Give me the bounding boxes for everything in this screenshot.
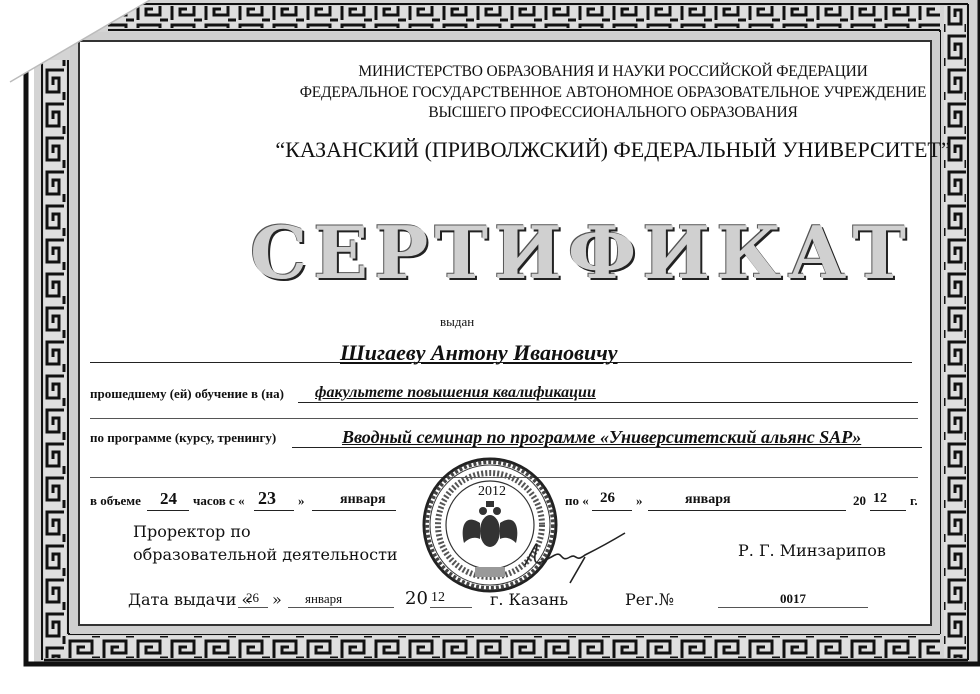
year-unit: г. [910, 493, 918, 509]
certificate-page: МИНИСТЕРСТВО ОБРАЗОВАНИЯ И НАУКИ РОССИЙС… [0, 0, 980, 694]
issue-month-value: января [305, 591, 342, 607]
from-day-value: 23 [258, 488, 276, 509]
reg-number-value: 0017 [780, 591, 806, 607]
issue-day-value: 26 [246, 590, 259, 606]
issue-close-quote: » [272, 590, 282, 609]
university-name: “КАЗАНСКИЙ (ПРИВОЛЖСКИЙ) ФЕДЕРАЛЬНЫЙ УНИ… [243, 137, 980, 163]
from-day-underline [254, 510, 294, 511]
seal-year: 2012 [478, 484, 506, 499]
from-month-underline [312, 510, 396, 511]
issued-label: выдан [440, 314, 474, 330]
program-label: по программе (курсу, тренингу) [90, 430, 276, 446]
blank-line-1 [90, 418, 918, 419]
reg-number-label: Рег.№ [625, 590, 674, 609]
certificate-title: СЕРТИФИКАТ [250, 210, 790, 295]
signatory-position-line1: Проректор по [133, 522, 251, 541]
institution-type-line1: ФЕДЕРАЛЬНОЕ ГОСУДАРСТВЕННОЕ АВТОНОМНОЕ О… [243, 84, 980, 102]
training-underline [298, 402, 918, 403]
recipient-name: Шигаеву Антону Ивановичу [340, 340, 618, 366]
institution-type-line2: ВЫСШЕГО ПРОФЕССИОНАЛЬНОГО ОБРАЗОВАНИЯ [243, 104, 980, 122]
to-month-underline [648, 510, 846, 511]
year-prefix: 20 [853, 493, 866, 509]
to-close-quote: » [636, 493, 643, 509]
hours-underline [147, 510, 189, 511]
program-value: Вводный семинар по программе «Университе… [342, 427, 861, 448]
issue-day-underline [238, 607, 268, 608]
reg-number-underline [718, 607, 868, 608]
folded-corner [0, 0, 160, 90]
training-value: факультете повышения квалификации [315, 384, 596, 402]
training-label: прошедшему (ей) обучение в (на) [90, 386, 284, 402]
from-close-quote: » [298, 493, 305, 509]
ministry-line: МИНИСТЕРСТВО ОБРАЗОВАНИЯ И НАУКИ РОССИЙС… [243, 63, 980, 81]
signatory-position-line2: образовательной деятельности [133, 545, 398, 564]
year-suffix: 12 [873, 491, 887, 507]
to-label: по « [565, 493, 589, 509]
issue-date-label: Дата выдачи « [128, 590, 251, 609]
volume-label: в объеме [90, 493, 141, 509]
year-underline [870, 510, 906, 511]
signatory-name: Р. Г. Минзарипов [738, 541, 886, 560]
hours-value: 24 [160, 489, 177, 509]
from-month-value: января [340, 492, 386, 508]
to-day-value: 26 [600, 490, 615, 507]
hours-from-label: часов с « [193, 493, 245, 509]
eagle-emblem-icon [463, 501, 518, 547]
to-day-underline [592, 510, 632, 511]
issue-year-underline [430, 607, 472, 608]
to-month-value: января [685, 492, 731, 508]
signature [515, 525, 635, 585]
issue-month-underline [288, 607, 394, 608]
